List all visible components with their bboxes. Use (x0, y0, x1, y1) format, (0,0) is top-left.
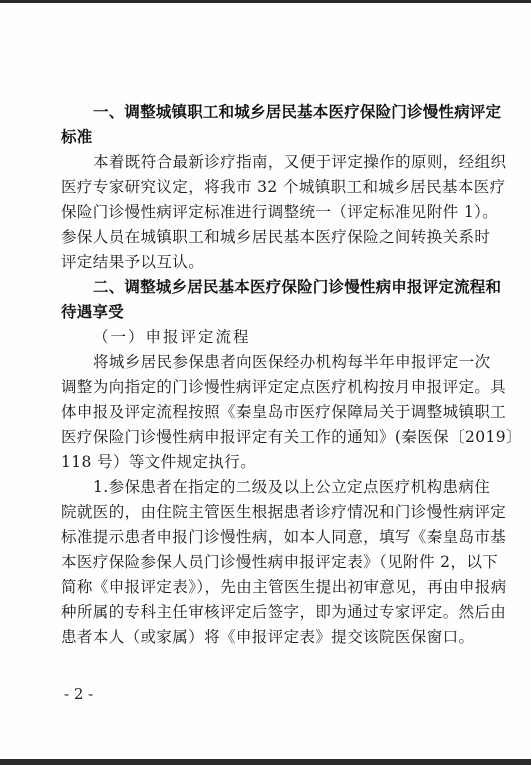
item-1-body-line-1: 1.参保患者在指定的二级及以上公立定点医疗机构患病住 (61, 475, 464, 499)
subsection-1-body-line-4: 医疗保险门诊慢性病申报评定有关工作的通知》(秦医保〔2019〕 (61, 425, 464, 449)
item-1-body-line-3: 标准提示患者申报门诊慢性病，如本人同意，填写《秦皇岛市基 (61, 525, 464, 549)
document-page: 一、调整城镇职工和城乡居民基本医疗保险门诊慢性病评定 标准 本着既符合最新诊疗指… (0, 3, 531, 759)
subsection-1-heading: （一）申报评定流程 (61, 325, 464, 349)
section-2-heading-line-2: 待遇享受 (61, 300, 464, 324)
section-1-heading-line-1: 一、调整城镇职工和城乡居民基本医疗保险门诊慢性病评定 (61, 100, 464, 124)
page-number: - 2 - (64, 684, 93, 704)
section-1-body-line-2: 医疗专家研究议定，将我市 32 个城镇职工和城乡居民基本医疗 (61, 175, 464, 199)
subsection-1-body-line-5: 118 号）等文件规定执行。 (61, 450, 464, 474)
item-1-body-line-5: 简称《申报评定表》），先由主管医生提出初审意见，再由申报病 (61, 575, 464, 599)
section-2-heading-line-1: 二、调整城乡居民基本医疗保险门诊慢性病申报评定流程和 (61, 275, 464, 299)
section-1-body-line-5: 评定结果予以互认。 (61, 250, 464, 274)
item-1-body-line-7: 患者本人（或家属）将《申报评定表》提交该院医保窗口。 (61, 625, 464, 649)
subsection-1-body-line-1: 将城乡居民参保患者向医保经办机构每半年申报评定一次 (61, 350, 464, 374)
item-1-body-line-6: 种所属的专科主任审核评定后签字，即为通过专家评定。然后由 (61, 600, 464, 624)
item-1-body-line-2: 院就医的，由住院主管医生根据患者诊疗情况和门诊慢性病评定 (61, 500, 464, 524)
section-1-body-line-1: 本着既符合最新诊疗指南，又便于评定操作的原则，经组织 (61, 150, 464, 174)
section-1-heading-line-2: 标准 (61, 125, 464, 149)
subsection-1-body-line-3: 体申报及评定流程按照《秦皇岛市医疗保障局关于调整城镇职工 (61, 400, 464, 424)
section-1-body-line-4: 参保人员在城镇职工和城乡居民基本医疗保险之间转换关系时 (61, 225, 464, 249)
section-1-body-line-3: 保险门诊慢性病评定标准进行调整统一（评定标准见附件 1）。 (61, 200, 464, 224)
subsection-1-body-line-2: 调整为向指定的门诊慢性病评定定点医疗机构按月申报评定。具 (61, 375, 464, 399)
item-1-body-line-4: 本医疗保险参保人员门诊慢性病申报评定表》（见附件 2，以下 (61, 550, 464, 574)
